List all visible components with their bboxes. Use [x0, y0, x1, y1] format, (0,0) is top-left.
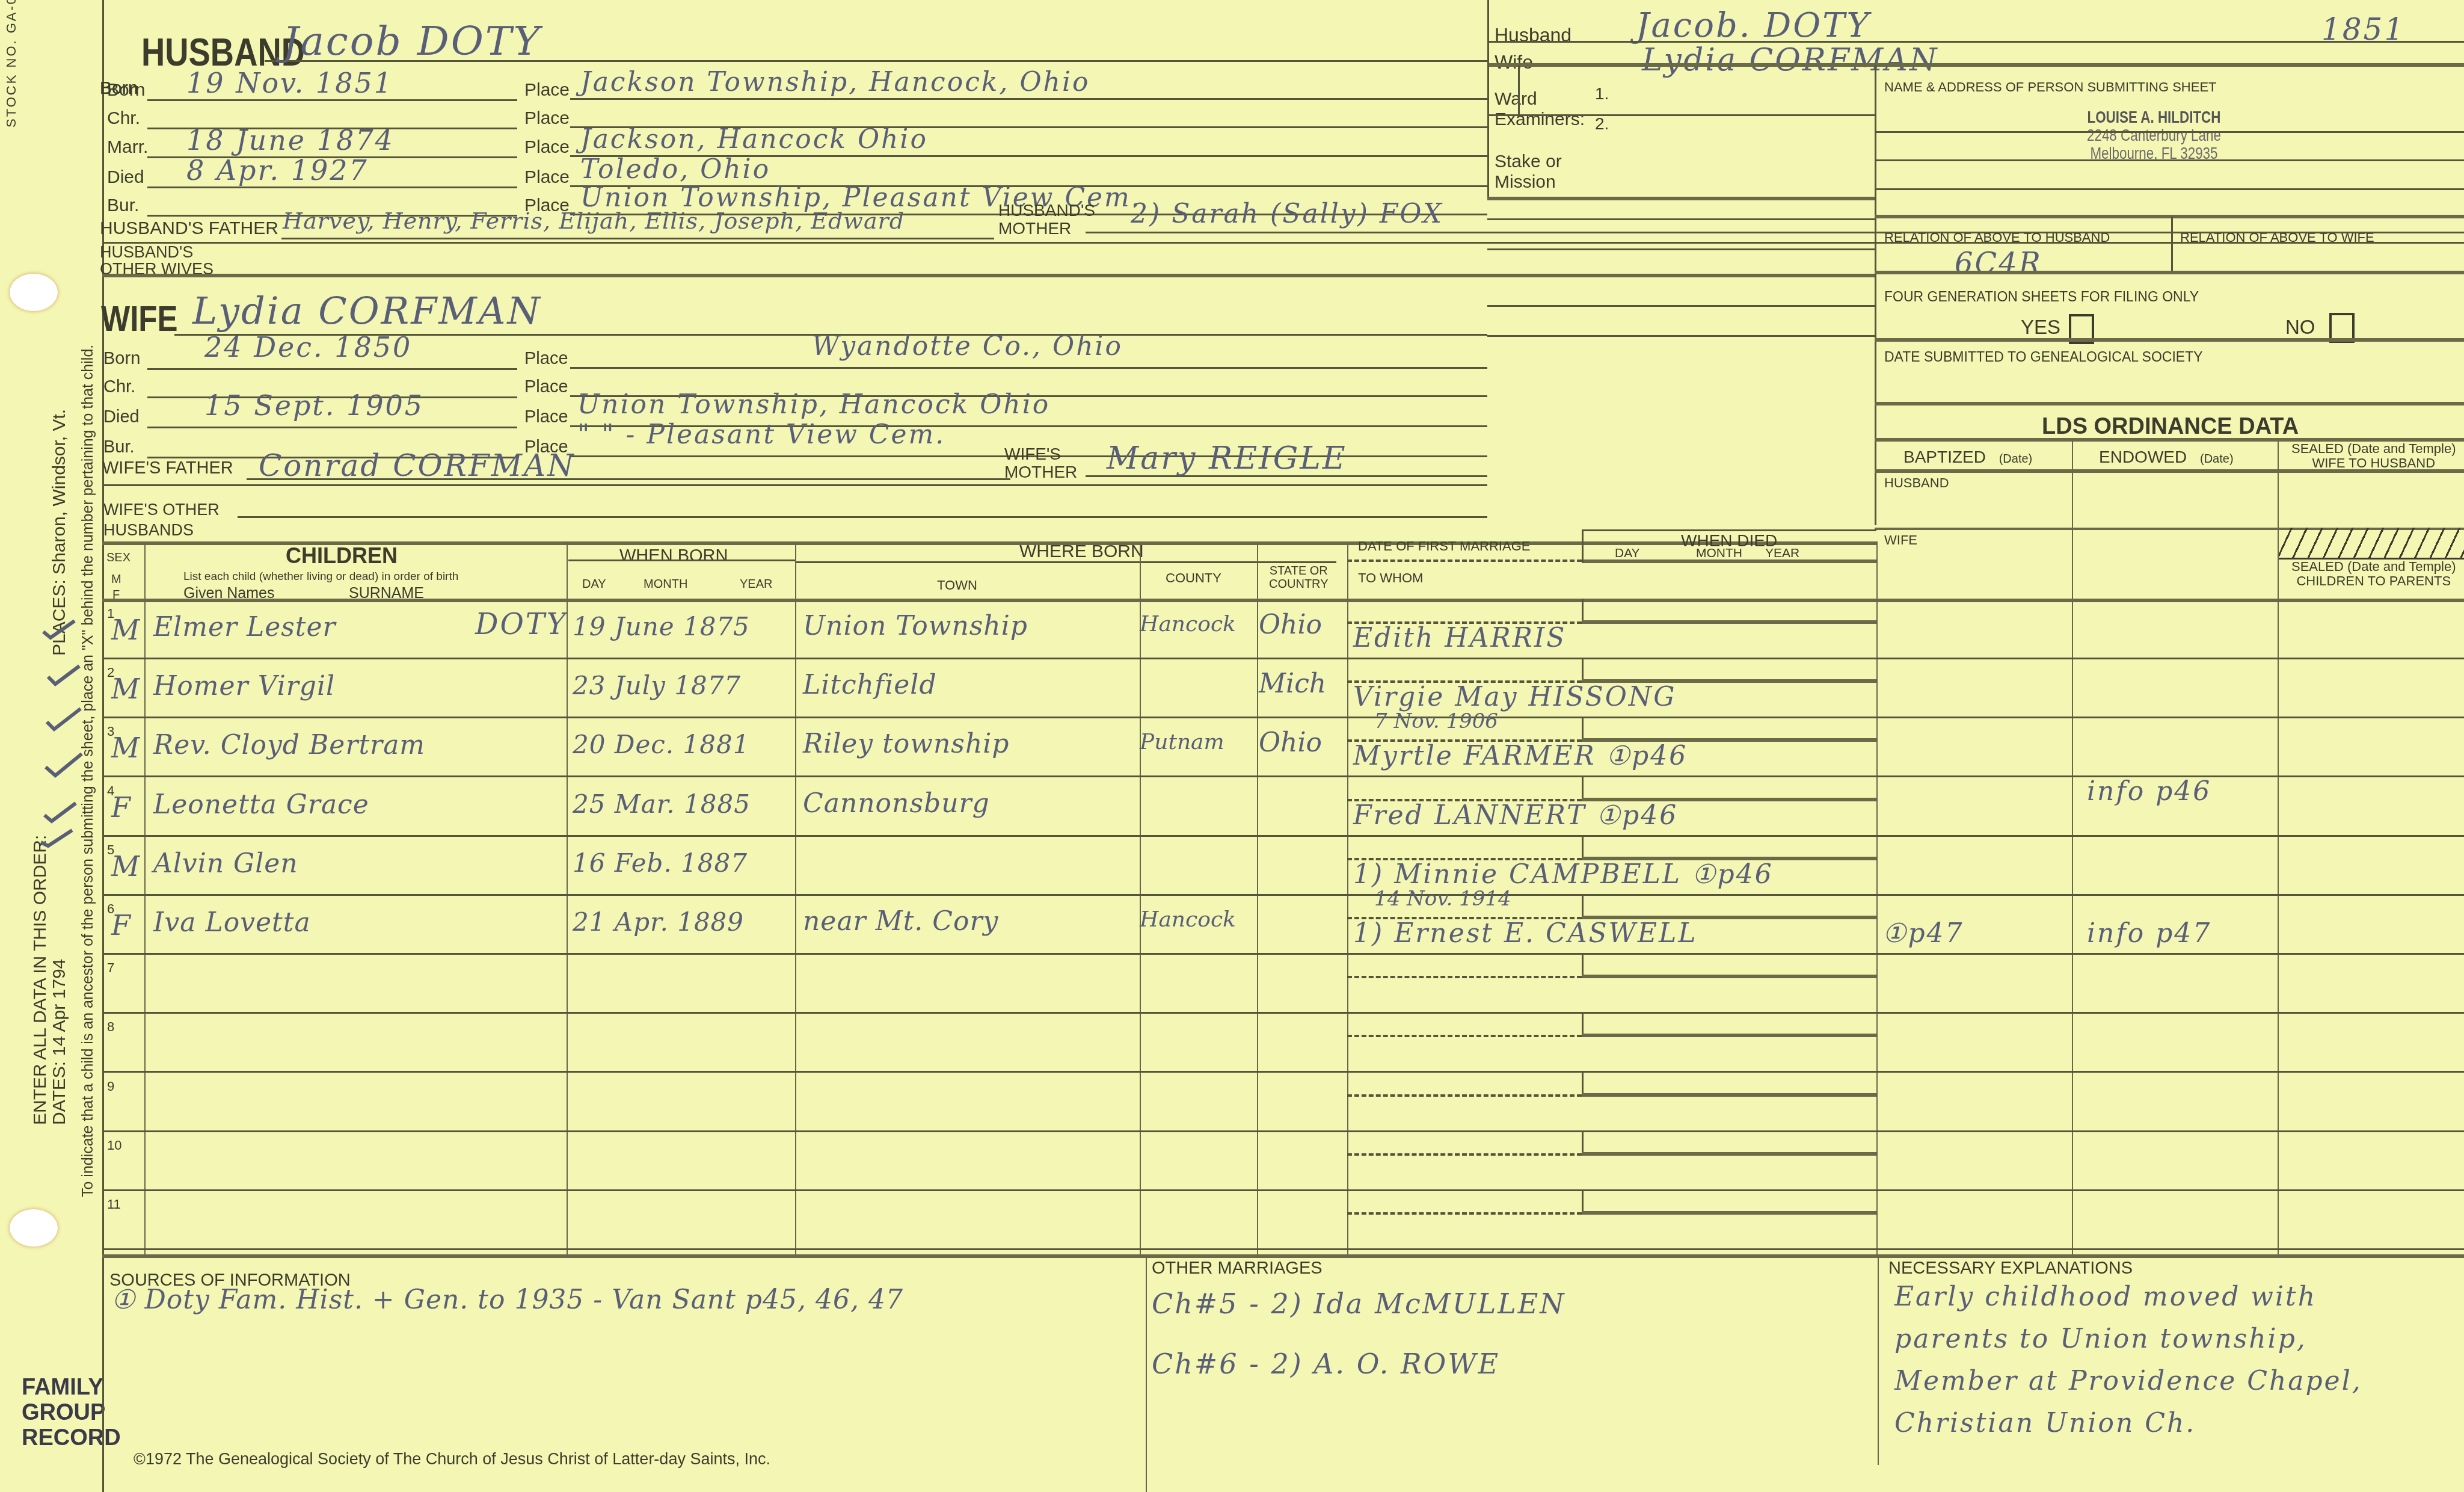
child-died-left: [1582, 717, 1584, 741]
wife-event-place-label: Place: [524, 377, 568, 397]
dates-instruction: DATES: 14 Apr 1794: [49, 959, 70, 1125]
wife-heading: WIFE: [101, 298, 177, 339]
child-marriage-date[interactable]: 7 Nov. 1906: [1374, 709, 1498, 733]
submitter-label: NAME & ADDRESS OF PERSON SUBMITTING SHEE…: [1884, 79, 2217, 95]
died-day-header: DAY: [1615, 546, 1640, 561]
where-born-divider: [795, 561, 1336, 563]
rp-wife-label: Wife: [1495, 51, 1533, 73]
submitter-name: LOUISE A. HILDITCH: [2087, 108, 2221, 126]
husband-mother-label-line-1: HUSBAND'S: [998, 202, 1095, 220]
wife-mother-label-line-2: MOTHER: [1004, 463, 1077, 481]
where-born-header: WHERE BORN: [1019, 541, 1144, 562]
child-marriage-dash: [1347, 976, 1582, 978]
ward-box-bottom: [1487, 114, 1875, 116]
ward-box-left: [1487, 63, 1489, 199]
child-died-left: [1582, 1130, 1584, 1154]
child-died-bottom: [1582, 975, 1876, 978]
child-row-bottom: [102, 1248, 2464, 1250]
wife-mother-value[interactable]: Mary REIGLE: [1107, 440, 1347, 476]
child-died-left: [1582, 953, 1584, 977]
submitter-col-left: [1875, 65, 1876, 525]
explanations-label: NECESSARY EXPLANATIONS: [1888, 1259, 2133, 1278]
husband-event-place[interactable]: Toledo, Ohio: [580, 154, 770, 185]
wife-event-date[interactable]: 15 Sept. 1905: [204, 389, 424, 422]
child-sex[interactable]: F: [111, 909, 131, 942]
child-county[interactable]: Hancock: [1140, 612, 1236, 637]
state-header-line-1: STATE OR: [1269, 564, 1329, 578]
child-born-date[interactable]: 23 July 1877: [573, 671, 741, 700]
sealed-hatch: [2278, 528, 2464, 559]
first-marriage-header: DATE OF FIRST MARRIAGE: [1358, 538, 1530, 554]
child-sex[interactable]: F: [111, 791, 131, 824]
child-died-left: [1582, 835, 1584, 859]
punch-hole-top: [10, 274, 58, 311]
rp-husband-line: [1487, 41, 2464, 43]
date-submitted-label: DATE SUBMITTED TO GENEALOGICAL SOCIETY: [1884, 349, 2203, 365]
relation-husband-label: RELATION OF ABOVE TO HUSBAND: [1884, 230, 2110, 245]
husband-event-label: Born: [107, 80, 145, 100]
left-blank-line-3: [1487, 305, 1875, 307]
child-state[interactable]: Mich: [1259, 668, 1326, 699]
ward-examiner-1: 1.: [1595, 84, 1609, 103]
first-marriage-dash: [1347, 559, 1582, 562]
when-died-left: [1582, 529, 1584, 563]
child-row-number: 10: [107, 1138, 121, 1153]
child-row-number: 7: [107, 960, 114, 976]
explanation-line-2[interactable]: parents to Union township,: [1894, 1324, 2307, 1354]
wife-event-place-label: Place: [524, 349, 568, 369]
child-spouse[interactable]: Fred LANNERT ①p46: [1353, 800, 1678, 831]
enter-data-instruction: ENTER ALL DATA IN THIS ORDER:: [30, 835, 51, 1125]
child-died-bottom: [1582, 1093, 1876, 1097]
husband-mother-value[interactable]: 2) Sarah (Sally) FOX: [1131, 199, 1443, 229]
when-died-bottom: [1582, 559, 1876, 563]
husband-event-date-line: [147, 99, 517, 101]
lds-sealed-wife-header: SEALED (Date and Temple) WIFE TO HUSBAND: [2291, 442, 2456, 470]
wife-event-label: Chr.: [103, 377, 135, 397]
when-died-top: [1582, 529, 1876, 531]
left-blank-line-4: [1487, 335, 1875, 337]
submitter-line-3: [1875, 188, 2464, 190]
explanation-line-1[interactable]: Early childhood moved with: [1894, 1281, 2317, 1312]
born-month-header: MONTH: [644, 578, 687, 591]
child-marriage-dash: [1347, 1035, 1582, 1037]
child-born-date[interactable]: 16 Feb. 1887: [573, 848, 748, 878]
four-gen-label: FOUR GENERATION SHEETS FOR FILING ONLY: [1884, 289, 2199, 305]
husband-other-wives-label: HUSBAND'S OTHER WIVES: [100, 244, 214, 277]
child-row[interactable]: [102, 835, 2464, 894]
child-row[interactable]: [102, 1071, 2464, 1130]
child-sex[interactable]: M: [111, 614, 140, 646]
child-died-left: [1582, 894, 1584, 918]
wife-event-date[interactable]: 24 Dec. 1850: [204, 331, 412, 363]
sealed-children-line-2: CHILDREN TO PARENTS: [2291, 574, 2456, 588]
county-header: COUNTY: [1166, 570, 1221, 586]
husband-event-label: Marr.: [107, 137, 148, 158]
rp-husband-value[interactable]: Jacob. DOTY: [1636, 6, 1871, 45]
ward-label-line-1: Ward: [1495, 89, 1585, 109]
wife-event-place-label: Place: [524, 407, 568, 427]
husband-event-date[interactable]: 8 Apr. 1927: [186, 154, 369, 186]
ward-label: Ward Examiners:: [1495, 89, 1585, 130]
child-sex[interactable]: M: [111, 673, 140, 705]
husband-event-label: Died: [107, 167, 144, 188]
child-given-names[interactable]: Elmer Lester: [153, 612, 336, 643]
child-county[interactable]: Putnam: [1140, 730, 1224, 754]
baptized-date-hint: (Date): [1999, 452, 2033, 466]
wife-name-value[interactable]: Lydia CORFMAN: [192, 289, 542, 333]
lds-sealed-children-header: SEALED (Date and Temple) CHILDREN TO PAR…: [2291, 559, 2456, 588]
other-marriage-2[interactable]: Ch#6 - 2) A. O. ROWE: [1152, 1348, 1500, 1380]
lds-wife-row-label: WIFE: [1884, 532, 1917, 548]
child-died-left: [1582, 776, 1584, 800]
punch-hole-bottom: [10, 1209, 58, 1247]
wife-other-husbands-top: [102, 484, 1487, 486]
husband-event-place[interactable]: Jackson Township, Hancock, Ohio: [580, 67, 1090, 97]
wife-mother-label: WIFE'S MOTHER: [1004, 445, 1077, 481]
child-lds-note[interactable]: info p47: [2087, 918, 2211, 949]
copyright: ©1972 The Genealogical Society of The Ch…: [134, 1450, 770, 1469]
baptized-label: BAPTIZED: [1903, 448, 1986, 466]
child-town[interactable]: Union Township: [803, 611, 1028, 641]
state-header-line-2: COUNTRY: [1269, 578, 1329, 591]
husband-event-date-line: [147, 186, 517, 188]
form-title-line-3: RECORD: [22, 1425, 121, 1450]
submitter-line-1: [1875, 131, 2464, 133]
child-died-bottom: [1582, 620, 1876, 624]
wife-mother-label-line-1: WIFE'S: [1004, 445, 1077, 463]
wife-event-place[interactable]: Union Township, Hancock Ohio: [577, 389, 1050, 420]
child-lds-note[interactable]: info p46: [2087, 776, 2211, 807]
explanations-divider: [1878, 1254, 1879, 1465]
lds-header-bottom: [1875, 469, 2464, 473]
child-died-bottom: [1582, 1034, 1876, 1037]
date-submitted-bottom: [1875, 402, 2464, 405]
stock-number: STOCK NO. GA-032: [4, 0, 19, 128]
wife-father-value[interactable]: Conrad CORFMAN: [259, 448, 576, 483]
died-month-header: MONTH: [1696, 546, 1742, 561]
explanation-line-3[interactable]: Member at Providence Chapel,: [1894, 1366, 2362, 1396]
sealed-wife-line-2: WIFE TO HUSBAND: [2291, 456, 2456, 470]
to-whom-header: TO WHOM: [1358, 570, 1423, 586]
sealed-wife-line-1: SEALED (Date and Temple): [2291, 442, 2456, 456]
form-title: FAMILY GROUP RECORD: [22, 1375, 121, 1450]
submitter-line-2: [1875, 159, 2464, 161]
endowed-date-hint: (Date): [2200, 452, 2234, 466]
child-row-number: 11: [107, 1197, 121, 1212]
state-header: STATE ORCOUNTRY: [1269, 564, 1329, 591]
margin-check-marks: [36, 620, 102, 848]
submitter-stamp: LOUISE A. HILDITCH 2248 Canterbury Lane …: [2087, 108, 2221, 162]
husband-father-label: HUSBAND'S FATHER: [100, 218, 278, 239]
husband-event-date[interactable]: 18 June 1874: [186, 124, 395, 156]
wife-event-date-line: [147, 427, 517, 428]
died-year-header: YEAR: [1765, 546, 1799, 561]
child-spouse[interactable]: Edith HARRIS: [1353, 623, 1566, 653]
child-given-names[interactable]: Rev. Cloyd Bertram: [153, 730, 425, 760]
child-state[interactable]: Ohio: [1259, 609, 1322, 640]
born-year-header: YEAR: [740, 578, 772, 591]
sex-header: SEX: [106, 551, 131, 565]
rp-wife-line: [1487, 63, 2464, 67]
husband-event-date[interactable]: 19 Nov. 1851: [186, 67, 393, 99]
husband-event-place-label: Place: [524, 137, 570, 158]
husband-event-place-label: Place: [524, 108, 570, 129]
child-born-date[interactable]: 21 Apr. 1889: [573, 907, 744, 937]
child-born-date[interactable]: 20 Dec. 1881: [573, 730, 749, 759]
husband-event-place-label: Place: [524, 167, 570, 188]
child-sex[interactable]: M: [111, 850, 140, 883]
child-died-bottom: [1582, 1211, 1876, 1215]
child-town[interactable]: Litchfield: [803, 670, 937, 700]
rp-wife-value[interactable]: Lydia CORFMAN: [1642, 42, 1938, 78]
explanation-line-4[interactable]: Christian Union Ch.: [1894, 1408, 2196, 1438]
child-died-left: [1582, 599, 1584, 623]
husband-father-value[interactable]: Harvey, Henry, Ferris, Elijah, Ellis, Jo…: [283, 208, 905, 234]
stake-box-bottom: [1487, 197, 1875, 200]
wife-event-place-line: [570, 367, 1487, 369]
submitter-street: 2248 Canterbury Lane: [2087, 126, 2221, 144]
places-instruction: PLACES: Sharon, Windsor, Vt.: [49, 409, 70, 656]
ward-number-divider: [1518, 65, 1520, 114]
child-spouse[interactable]: Virgie May HISSONG: [1353, 682, 1676, 712]
child-born-date[interactable]: 19 June 1875: [573, 612, 750, 641]
wife-event-place[interactable]: " " - Pleasant View Cem.: [577, 419, 945, 450]
yes-label: YES: [2021, 316, 2060, 339]
child-given-names[interactable]: Homer Virgil: [153, 671, 335, 701]
husband-section-bottom: [102, 274, 1876, 277]
child-died-left: [1582, 1071, 1584, 1096]
children-note: List each child (whether living or dead)…: [183, 570, 458, 584]
child-marriage-dash: [1347, 1153, 1582, 1156]
child-died-bottom: [1582, 1152, 1876, 1156]
husband-event-label: Bur.: [107, 196, 139, 216]
relation-wife-label: RELATION OF ABOVE TO WIFE: [2180, 230, 2374, 245]
when-born-divider: [568, 559, 795, 561]
husband-father-line: [281, 238, 994, 239]
child-town[interactable]: Riley township: [803, 729, 1009, 759]
other-marriages-label: OTHER MARRIAGES: [1152, 1259, 1323, 1278]
ward-label-line-2: Examiners:: [1495, 109, 1585, 130]
child-marriage-dash: [1347, 1094, 1582, 1097]
husband-mother-label-line-2: MOTHER: [998, 220, 1095, 238]
four-gen-box-bottom: [1875, 338, 2464, 342]
husband-name-value[interactable]: Jacob DOTY: [283, 18, 541, 64]
child-surname[interactable]: DOTY: [475, 608, 568, 641]
child-row[interactable]: [102, 953, 2464, 1012]
other-marriage-1[interactable]: Ch#5 - 2) Ida McMULLEN: [1152, 1287, 1566, 1320]
wife-event-label: Bur.: [103, 437, 135, 457]
wife-other-husbands-label-line-2: HUSBANDS: [103, 520, 220, 540]
sex-m-header: M: [111, 573, 121, 587]
when-born-header: WHEN BORN: [619, 546, 728, 566]
child-died[interactable]: ①p47: [1882, 918, 1964, 949]
sources-text[interactable]: ① Doty Fam. Hist. + Gen. to 1935 - Van S…: [111, 1284, 903, 1315]
child-given-names[interactable]: Iva Lovetta: [153, 907, 311, 938]
child-born-date[interactable]: 25 Mar. 1885: [573, 789, 751, 819]
left-blank-line-2: [1487, 248, 1875, 250]
child-spouse[interactable]: Myrtle FARMER ①p46: [1353, 741, 1688, 771]
lds-baptized-header: BAPTIZED (Date): [1903, 448, 2032, 467]
left-blank-line-1: [1487, 218, 1875, 220]
child-row[interactable]: [102, 1012, 2464, 1071]
child-died-left: [1582, 1189, 1584, 1213]
wife-other-husbands-line: [238, 516, 1487, 518]
child-given-names[interactable]: Leonetta Grace: [153, 789, 369, 820]
stake-label-line-1: Stake or: [1495, 152, 1562, 172]
ward-examiner-2: 2.: [1595, 114, 1609, 134]
wife-event-date-line: [147, 368, 517, 370]
child-marriage-date[interactable]: 14 Nov. 1914: [1374, 887, 1511, 911]
child-died-left: [1582, 1012, 1584, 1036]
born-day-header: DAY: [582, 578, 606, 591]
child-row[interactable]: [102, 1189, 2464, 1248]
child-spouse[interactable]: 1) Minnie CAMPBELL ①p46: [1353, 859, 1774, 890]
child-county[interactable]: Hancock: [1140, 907, 1236, 932]
husband-event-place[interactable]: Jackson, Hancock Ohio: [580, 124, 928, 155]
relation-divider: [2171, 217, 2173, 271]
stake-label-line-2: Mission: [1495, 172, 1562, 193]
child-row-number: 8: [107, 1019, 114, 1035]
wife-event-place[interactable]: Wyandotte Co., Ohio: [812, 331, 1123, 362]
child-marriage-dash: [1347, 1212, 1582, 1215]
child-given-names[interactable]: Alvin Glen: [153, 848, 298, 879]
children-header: CHILDREN: [286, 543, 398, 569]
child-state[interactable]: Ohio: [1259, 727, 1322, 758]
wife-event-label: Born: [103, 349, 140, 369]
relation-box-bottom: [1875, 271, 2464, 274]
wife-father-label: WIFE'S FATHER: [102, 458, 233, 478]
lds-endowed-header: ENDOWED (Date): [2099, 448, 2234, 467]
husband-mother-label: HUSBAND'S MOTHER: [998, 202, 1095, 238]
wife-other-husbands-label: WIFE'S OTHER HUSBANDS: [103, 499, 220, 540]
child-died-left: [1582, 658, 1584, 682]
rp-husband-label: Husband: [1495, 24, 1571, 46]
lds-husband-row-label: HUSBAND: [1884, 475, 1949, 491]
child-spouse[interactable]: 1) Ernest E. CASWELL: [1353, 918, 1697, 949]
submitter-box-bottom: [1875, 215, 2464, 218]
child-sex[interactable]: M: [111, 732, 140, 764]
child-row[interactable]: [102, 1130, 2464, 1189]
no-label: NO: [2285, 316, 2315, 339]
endowed-label: ENDOWED: [2099, 448, 2187, 466]
husband-event-label: Chr.: [107, 108, 140, 129]
child-town[interactable]: near Mt. Cory: [803, 906, 998, 937]
bottom-section-top: [102, 1254, 2464, 1258]
form-title-line-1: FAMILY: [22, 1375, 121, 1400]
sealed-children-line-1: SEALED (Date and Temple): [2291, 559, 2456, 574]
relation-husband-value[interactable]: 6C4R: [1955, 247, 2042, 280]
form-title-line-2: GROUP: [22, 1400, 121, 1425]
town-header: TOWN: [937, 578, 977, 593]
husband-event-place-line: [570, 98, 1487, 100]
wife-other-husbands-label-line-1: WIFE'S OTHER: [103, 499, 220, 520]
husband-other-wives-label-line-1: HUSBAND'S: [100, 244, 214, 260]
child-row-number: 9: [107, 1079, 114, 1094]
sources-divider: [1146, 1254, 1147, 1492]
lds-title: LDS ORDINANCE DATA: [2042, 414, 2299, 440]
child-town[interactable]: Cannonsburg: [803, 788, 990, 819]
husband-event-place-label: Place: [524, 80, 570, 100]
stake-label: Stake or Mission: [1495, 152, 1562, 193]
wife-event-label: Died: [103, 407, 140, 427]
